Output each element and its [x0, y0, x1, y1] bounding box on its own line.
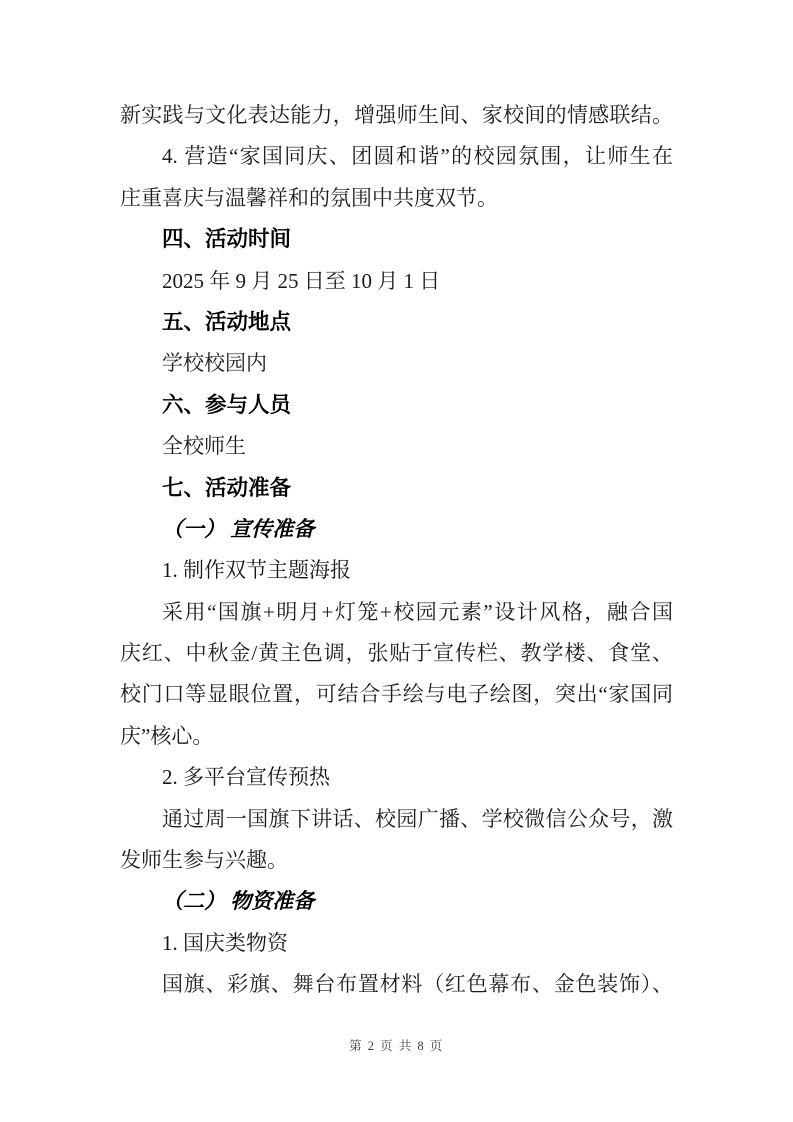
para-poster-line2: 庆红、中秋金/黄主色调，张贴于宣传栏、教学楼、食堂、	[120, 633, 673, 674]
heading-sub-publicity: （一） 宣传准备	[120, 509, 673, 550]
page-number-text: 第 2 页 共 8 页	[349, 1039, 444, 1053]
heading-point-platform: 2. 多平台宣传预热	[120, 757, 673, 798]
heading-section-place: 五、活动地点	[120, 302, 673, 343]
para-goal4-line2: 庄重喜庆与温馨祥和的氛围中共度双节。	[120, 178, 673, 219]
para-poster-line4: 庆”核心。	[120, 716, 673, 757]
heading-section-preparation: 七、活动准备	[120, 468, 673, 509]
document-page: 新实践与文化表达能力，增强师生间、家校间的情感联结。4. 营造“家国同庆、团圆和…	[0, 0, 793, 1122]
heading-sub-supplies: （二） 物资准备	[120, 881, 673, 922]
para-supplies-line1: 国旗、彩旗、舞台布置材料（红色幕布、金色装饰）、	[120, 964, 673, 1005]
activity-place-value: 学校校园内	[120, 343, 673, 384]
para-goal4-line1: 4. 营造“家国同庆、团圆和谐”的校园氛围，让师生在	[120, 136, 673, 177]
page-footer: 第 2 页 共 8 页	[0, 1036, 793, 1054]
para-poster-line1: 采用“国旗+明月+灯笼+校园元素”设计风格，融合国	[120, 592, 673, 633]
heading-point-poster: 1. 制作双节主题海报	[120, 550, 673, 591]
para-platform-line1: 通过周一国旗下讲话、校园广播、学校微信公众号，激	[120, 799, 673, 840]
para-platform-line2: 发师生参与兴趣。	[120, 840, 673, 881]
para-goal3-continuation: 新实践与文化表达能力，增强师生间、家校间的情感联结。	[120, 95, 673, 136]
heading-point-national-day-supplies: 1. 国庆类物资	[120, 923, 673, 964]
heading-section-time: 四、活动时间	[120, 219, 673, 260]
para-poster-line3: 校门口等显眼位置，可结合手绘与电子绘图，突出“家国同	[120, 674, 673, 715]
activity-time-value: 2025 年 9 月 25 日至 10 月 1 日	[120, 261, 673, 302]
participants-value: 全校师生	[120, 426, 673, 467]
heading-section-participants: 六、参与人员	[120, 385, 673, 426]
document-body: 新实践与文化表达能力，增强师生间、家校间的情感联结。4. 营造“家国同庆、团圆和…	[120, 95, 673, 1006]
